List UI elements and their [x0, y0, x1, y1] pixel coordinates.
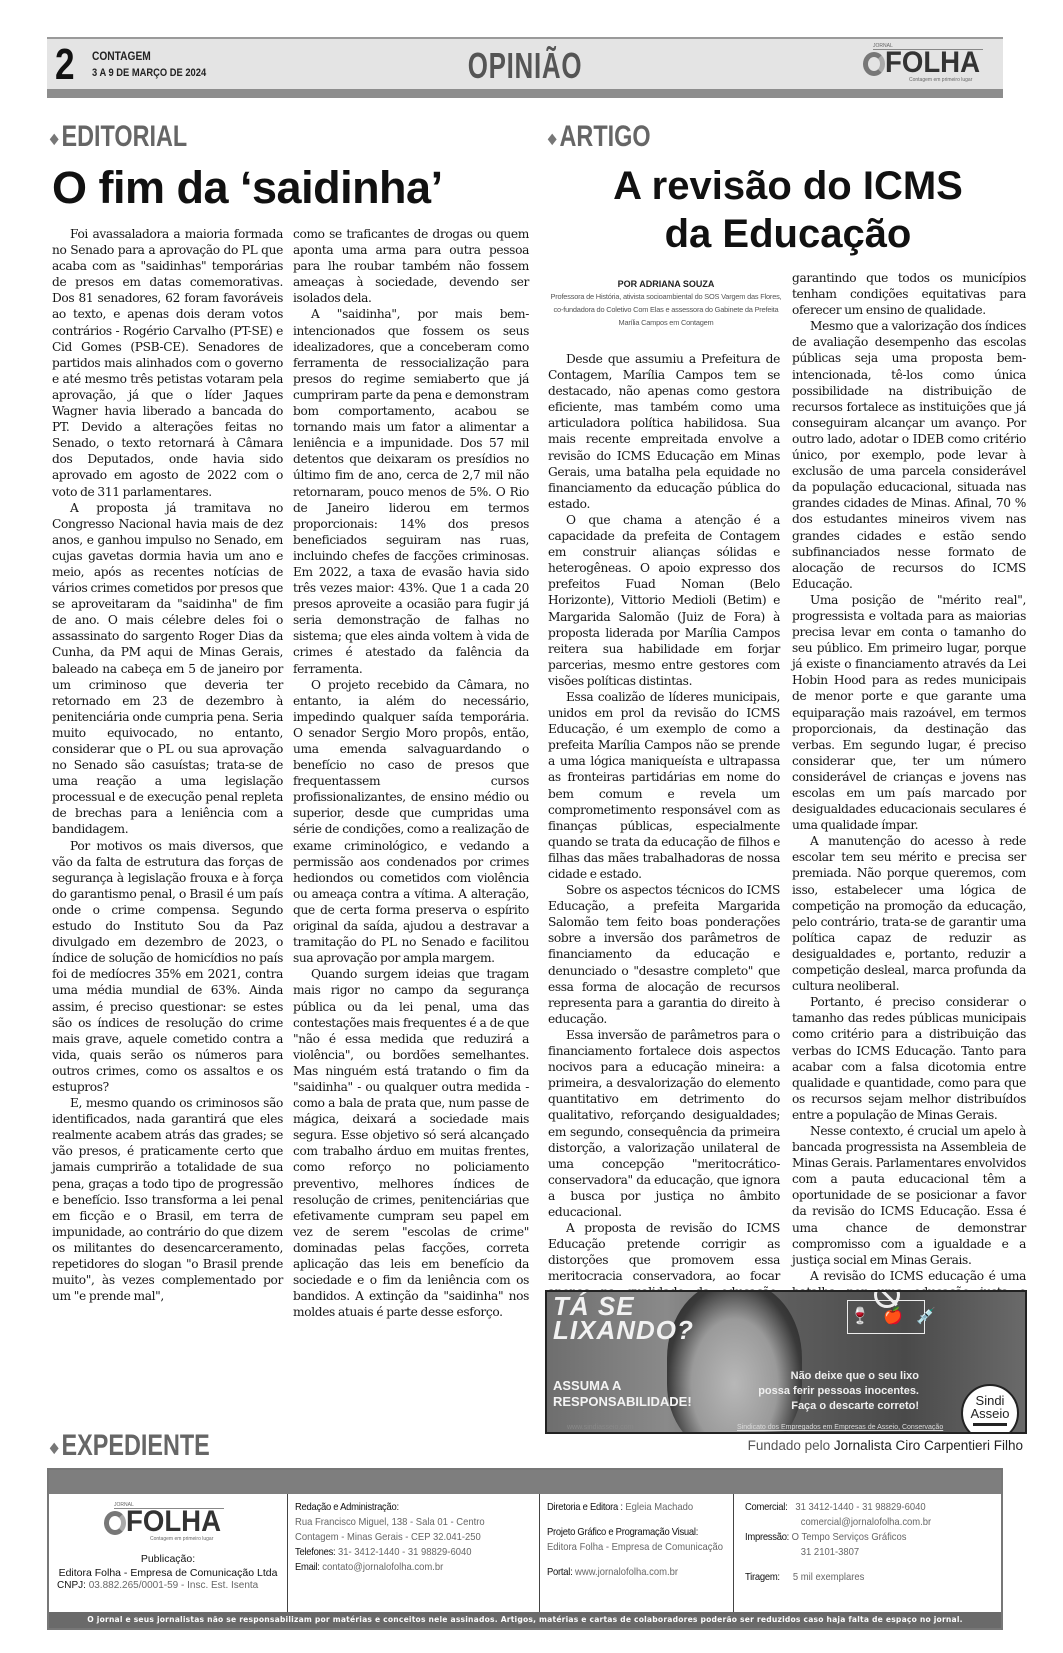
header-divider: [47, 89, 1003, 98]
folha-logo: JORNAL FOLHA Contagem em primeiro lugar: [863, 43, 993, 87]
cnpj-value: 03.882.265/0001-59 - Insc. Est. Isenta: [89, 1580, 259, 1591]
comercial-label: Comercial:: [745, 1501, 787, 1513]
ad-message: Não deixe que o seu lixo possa ferir pes…: [758, 1369, 919, 1414]
phones-label: Telefones:: [295, 1546, 335, 1558]
logo-ring-icon: [863, 52, 885, 76]
paragraph: Por motivos os mais diversos, que vão da…: [52, 838, 283, 1096]
email-label: Email:: [295, 1561, 320, 1573]
disclaimer-bar: O jornal e seus jornalistas não se respo…: [49, 1612, 1001, 1628]
expediente-top-bar: [49, 1470, 1001, 1494]
paragraph: Foi avassaladora a maioria formada no Se…: [52, 226, 283, 500]
diamond-bullet-icon: ◆: [50, 1439, 58, 1455]
phones-value: 31- 3412-1440 - 31 98829-6040: [338, 1546, 471, 1558]
expediente-kicker: ◆EXPEDIENTE: [50, 1429, 210, 1464]
email-link[interactable]: contato@jornalofolha.com.br: [322, 1561, 443, 1573]
artigo-byline: POR ADRIANA SOUZA Professora de História…: [548, 278, 784, 329]
artigo-kicker: ◆ARTIGO: [548, 120, 651, 155]
direction-info: Diretoria e Editora : Egleia Machado Pro…: [547, 1500, 723, 1580]
paragraph: Essa inversão de parâmetros para o finan…: [548, 1027, 780, 1220]
page-header: 2 CONTAGEM 3 A 9 DE MARÇO DE 2024 OPINIÃ…: [47, 37, 1003, 91]
paragraph: O projeto recebido da Câmara, no entanto…: [293, 677, 529, 967]
waste-items-icon: 🍷 🍎 💉: [850, 1306, 940, 1325]
redacao-info: Redação e Administração: Rua Francisco M…: [295, 1500, 485, 1575]
folha-logo-small: JORNAL FOLHA Contagem em primeiro lugar: [104, 1502, 234, 1546]
artigo-headline: A revisão do ICMS da Educação: [548, 162, 1028, 258]
column-divider: [539, 1494, 540, 1612]
address-line-1: Rua Francisco Miguel, 138 - Sala 01 - Ce…: [295, 1515, 485, 1530]
portal-label: Portal:: [547, 1566, 572, 1578]
paragraph: Desde que assumiu a Prefeitura de Contag…: [548, 351, 780, 512]
projeto-label: Projeto Gráfico e Programação Visual:: [547, 1526, 698, 1538]
section-title: OPINIÃO: [181, 43, 869, 89]
comercial-email-link[interactable]: comercial@jornalofolha.com.br: [745, 1515, 931, 1530]
impressao-phone: 31 2101-3807: [745, 1545, 931, 1560]
publicacao-label: Publicação:: [49, 1552, 287, 1566]
founder-credit: Fundado pelo Jornalista Ciro Carpentieri…: [748, 1438, 1023, 1453]
paragraph: Nesse contexto, é crucial um apelo à ban…: [792, 1123, 1026, 1268]
editorial-kicker: ◆EDITORIAL: [50, 120, 187, 155]
diretoria-value: Egleia Machado: [625, 1501, 693, 1513]
paragraph: Essa coalizão de líderes municipais, uni…: [548, 689, 780, 882]
publicacao-value: Editora Folha - Empresa de Comunicação L…: [49, 1566, 287, 1580]
logo-wordmark: FOLHA: [126, 1506, 221, 1538]
artigo-headline-line-1: A revisão do ICMS: [548, 162, 1028, 210]
logo-tagline: Contagem em primeiro lugar: [150, 1536, 213, 1542]
editorial-headline: O fim da ‘saidinha’: [52, 160, 443, 216]
logo-wordmark: FOLHA: [885, 47, 980, 79]
ad-message-line-3: Faça o descarte correto!: [758, 1399, 919, 1414]
founded-prefix: Fundado pelo: [748, 1438, 831, 1453]
ad-message-line-1: Não deixe que o seu lixo: [758, 1369, 919, 1384]
address-line-2: Contagem - Minas Gerais - CEP 32.041-250: [295, 1530, 485, 1545]
paragraph: Mesmo que a valorização dos índices de a…: [792, 318, 1026, 592]
artigo-column-1: Desde que assumiu a Prefeitura de Contag…: [548, 351, 780, 1397]
author-bio: Professora de História, ativista socioam…: [548, 290, 784, 329]
edition-city: CONTAGEM: [92, 49, 151, 63]
artigo-column-2: garantindo que todos os municípios tenha…: [792, 270, 1026, 1380]
paragraph: Portanto, é preciso considerar o tamanho…: [792, 994, 1026, 1123]
editorial-column-2: como se traficantes de drogas ou quem ap…: [293, 226, 529, 1320]
diamond-bullet-icon: ◆: [548, 130, 556, 146]
ad-url: www.sindiasseio.com: [567, 1424, 634, 1431]
ad-call-to-action: ASSUMA A RESPONSABILIDADE!: [553, 1378, 692, 1410]
badge-broom-icon: [973, 1423, 1007, 1426]
ad-headline: TÁ SE LIXANDO?: [553, 1294, 694, 1342]
page-number: 2: [55, 41, 75, 89]
ad-cta-line-2: RESPONSABILIDADE!: [553, 1394, 692, 1410]
paragraph: Quando surgem ideias que tragam mais rig…: [293, 966, 529, 1320]
paragraph: A "saidinha", por mais bem-intencionados…: [293, 306, 529, 676]
paragraph: Uma posição de "mérito real", progressis…: [792, 592, 1026, 833]
tiragem-label: Tiragem:: [745, 1571, 780, 1583]
advertisement-banner[interactable]: TÁ SE LIXANDO? ASSUMA A RESPONSABILIDADE…: [545, 1290, 1027, 1434]
tiragem-value: 5 mil exemplares: [793, 1571, 864, 1583]
column-divider: [287, 1494, 288, 1612]
paragraph: como se traficantes de drogas ou quem ap…: [293, 226, 529, 306]
cnpj-label: CNPJ:: [57, 1580, 86, 1591]
logo-ring-icon: [104, 1511, 126, 1535]
paragraph: Sobre os aspectos técnicos do ICMS Educa…: [548, 882, 780, 1027]
expediente-box: JORNAL FOLHA Contagem em primeiro lugar …: [47, 1468, 1003, 1630]
impressao-value: O Tempo Serviços Gráficos: [792, 1531, 907, 1543]
paragraph: O que chama a atenção é a capacidade da …: [548, 512, 780, 689]
paragraph: A manutenção do acesso à rede escolar te…: [792, 833, 1026, 994]
artigo-headline-line-2: da Educação: [548, 210, 1028, 258]
impressao-label: Impressão:: [745, 1531, 789, 1543]
redacao-label: Redação e Administração:: [295, 1501, 399, 1513]
paragraph: garantindo que todos os municípios tenha…: [792, 270, 1026, 318]
column-divider: [733, 1494, 734, 1612]
sindiasseio-logo: Sindi Asseio: [961, 1384, 1019, 1434]
editorial-column-1: Foi avassaladora a maioria formada no Se…: [52, 226, 283, 1304]
ad-cta-line-1: ASSUMA A: [553, 1378, 692, 1394]
expediente-kicker-label: EXPEDIENTE: [62, 1429, 210, 1462]
projeto-value: Editora Folha - Empresa de Comunicação: [547, 1540, 723, 1555]
publisher-info: Publicação: Editora Folha - Empresa de C…: [49, 1552, 287, 1580]
logo-tagline: Contagem em primeiro lugar: [909, 77, 972, 83]
founder-name: Jornalista Ciro Carpentieri Filho: [834, 1438, 1023, 1453]
editorial-kicker-label: EDITORIAL: [62, 120, 188, 153]
portal-link[interactable]: www.jornalofolha.com.br: [575, 1566, 678, 1578]
cnpj-info: CNPJ: 03.882.265/0001-59 - Insc. Est. Is…: [57, 1580, 258, 1591]
diretoria-label: Diretoria e Editora :: [547, 1501, 623, 1513]
author-name: POR ADRIANA SOUZA: [548, 278, 784, 290]
ad-message-line-2: possa ferir pessoas inocentes.: [758, 1384, 919, 1399]
paragraph: A proposta já tramitava no Congresso Nac…: [52, 500, 283, 838]
commercial-info: Comercial: 31 3412-1440 - 31 98829-6040 …: [745, 1500, 931, 1585]
paragraph: E, mesmo quando os criminosos são identi…: [52, 1095, 283, 1304]
ad-sponsor: Sindicato dos Empregados em Empresas de …: [737, 1424, 943, 1431]
artigo-kicker-label: ARTIGO: [560, 120, 651, 153]
badge-line-2: Asseio: [963, 1407, 1017, 1420]
ad-headline-line-2: LIXANDO?: [553, 1318, 694, 1342]
diamond-bullet-icon: ◆: [50, 130, 58, 146]
comercial-phone: 31 3412-1440 - 31 98829-6040: [795, 1501, 925, 1513]
